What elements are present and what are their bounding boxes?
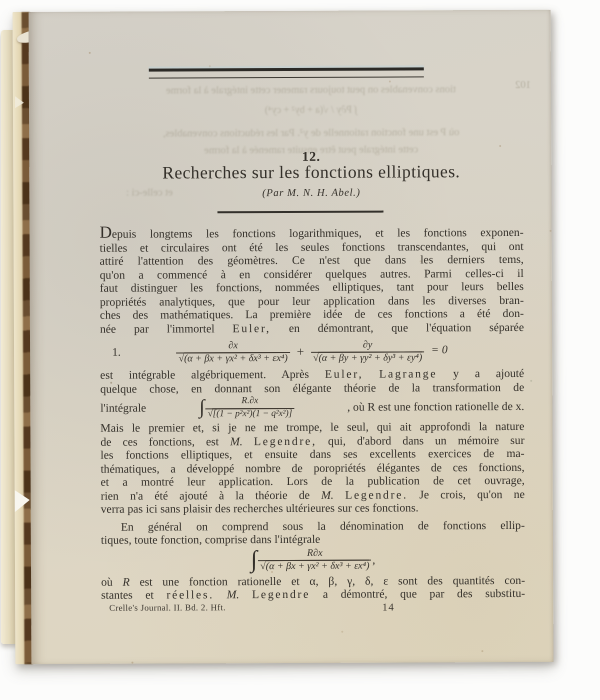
plus-sign: +	[297, 345, 304, 359]
showthrough-formula: ∫ P∂y / √(a + by² + cy⁴)	[99, 104, 523, 117]
name-lagrange: Lagrange	[379, 367, 437, 380]
body-line: En général on comprend sous la dénominat…	[101, 518, 525, 533]
body-line-text: où	[101, 575, 123, 588]
showthrough-line: où P est une fonction rationnelle de y².…	[99, 127, 523, 140]
radicand: [(1 − p²x²)(1 − q²x²)]	[213, 407, 293, 418]
integral-sign: ∫	[251, 548, 258, 572]
foxing-specks	[89, 52, 91, 54]
radicand: (α + βx + γx² + δx³ + εx⁴)	[266, 560, 370, 572]
denominator: √[(1 − p²x²)(1 − q²x²)]	[206, 407, 295, 420]
body-line-text	[363, 368, 379, 381]
body-line: née par l'immortel Euler, en démontrant,…	[100, 320, 524, 335]
top-double-rule	[149, 67, 424, 78]
equation-rhs: = 0	[431, 345, 447, 359]
showthrough-page-number: 102	[491, 80, 531, 91]
radical-sign: √	[260, 561, 266, 572]
name-legendre: Legendre	[252, 588, 310, 601]
body-line-text: epuis longtems les fonctions logarithmiq…	[112, 226, 524, 241]
article-title: Recherches sur les fonctions elliptiques…	[99, 161, 523, 184]
radicand: (α + βx + γx² + δx³ + εx⁴)	[184, 351, 288, 363]
integral-expression: ∫ R.∂x √[(1 − p²x²)(1 − q²x²)]	[199, 396, 294, 420]
body-line: faut distinguer les fonctions, nommées e…	[100, 280, 524, 295]
body-line-text	[243, 435, 254, 448]
body-line: verra pas ici sans plaisir des recherche…	[101, 501, 525, 516]
name-euler: Euler,	[232, 322, 270, 335]
monsieur-abbrev: M.	[227, 588, 240, 601]
journal-imprint: Crelle's Journal. II. Bd. 2. Hft.	[109, 602, 226, 613]
fraction: R∂x √(α + βx + γx² + δx³ + εx⁴)	[258, 548, 371, 573]
body-line-text	[334, 488, 345, 501]
body-line: quelque chose, en donnant son élégante t…	[100, 380, 524, 395]
body-line-text: née par l'immortel	[100, 322, 233, 336]
inline-integral-line: l'intégrale ∫ R.∂x √[(1 − p²x²)(1 − q²x²…	[100, 394, 524, 422]
body-line-text: l'intégrale	[100, 402, 146, 416]
showthrough-line: tions convenables on peut toujours ramen…	[99, 84, 523, 97]
byline-rule	[217, 211, 383, 214]
body-line-text: est une fonction rationelle et α, β, γ, …	[130, 573, 525, 588]
equation-number: 1.	[112, 347, 121, 361]
book-page: tions convenables on peut toujours ramen…	[29, 10, 554, 664]
body-line-text: y a ajouté	[437, 367, 524, 380]
body-line-text: qui, d'abord dans un mémoire sur	[317, 433, 525, 447]
fraction: ∂x √(α + βx + γx² + δx³ + εx⁴)	[176, 339, 289, 364]
numerator: R.∂x	[238, 396, 263, 407]
sheet-signature: 14	[382, 603, 395, 614]
body-line-text: est intégrable algébriquement. Après	[100, 368, 325, 382]
integral-sign: ∫	[199, 397, 205, 417]
denominator: √(α + βy + γy² + δy³ + εy⁴)	[311, 351, 424, 364]
body-line-text: stantes et	[101, 589, 166, 602]
body-line-text: en démontrant, que l'équation séparée	[271, 320, 524, 334]
numerator: ∂y	[359, 339, 376, 351]
body-line-text: Je crois, qu'on ne	[408, 487, 525, 501]
body-line-text: a démontré, que par des substitu-	[310, 587, 525, 601]
body-line: les fonctions elliptiques, et ensuite da…	[100, 447, 524, 462]
body-line: Depuis longtems les fonctions logarithmi…	[100, 226, 524, 241]
body-line-text: rien n'a été ajouté à la théorie de	[101, 488, 321, 502]
monsieur-abbrev: M.	[321, 488, 334, 501]
body-line-text	[214, 588, 227, 601]
body-text: Depuis longtems les fonctions logarithmi…	[100, 226, 526, 602]
body-line: stantes et réelles. M. Legendre a démont…	[101, 587, 525, 602]
body-line-text: , où R est une fonction rationelle de x.	[347, 400, 524, 414]
body-line: est intégrable algébriquement. Après Eul…	[100, 367, 524, 382]
name-euler: Euler,	[325, 368, 363, 381]
name-legendre: Legendre.	[345, 488, 408, 501]
name-legendre: Legendre,	[254, 434, 317, 447]
display-integral: ∫ R∂x √(α + βx + γx² + δx³ + εx⁴) ,	[101, 545, 525, 575]
fraction: R.∂x √[(1 − p²x²)(1 − q²x²)]	[206, 396, 295, 420]
book: tions convenables on peut toujours ramen…	[13, 10, 554, 664]
body-line-text	[239, 588, 252, 601]
body-line: attiré l'attention des géomètres. Ce n'e…	[100, 253, 524, 268]
radicand: (α + βy + γy² + δy³ + εy⁴)	[319, 351, 423, 363]
denominator: √(α + βx + γx² + δx³ + εx⁴)	[177, 351, 290, 364]
body-line: rien n'a été ajouté à la théorie de M. L…	[101, 487, 525, 502]
fraction: ∂y √(α + βy + γy² + δy³ + εy⁴)	[311, 339, 424, 364]
emphasis-reelles: réelles.	[166, 588, 214, 601]
monsieur-abbrev: M.	[230, 435, 243, 448]
equation-body: ∂x √(α + βx + γx² + δx³ + εx⁴) + ∂y √(α …	[100, 336, 524, 368]
numerator: ∂x	[224, 340, 241, 352]
body-line-text: de ces fonctions, est	[100, 435, 230, 449]
trailing-comma: ,	[372, 553, 375, 567]
numerator: R∂x	[303, 548, 327, 560]
equation-1: 1. ∂x √(α + βx + γx² + δx³ + εx⁴) + ∂y √…	[100, 336, 524, 368]
initial-capital: D	[99, 223, 111, 242]
variable-r: R	[123, 575, 130, 588]
article-byline: (Par M. N. H. Abel.)	[99, 187, 523, 200]
denominator: √(α + βx + γx² + δx³ + εx⁴)	[258, 560, 371, 573]
